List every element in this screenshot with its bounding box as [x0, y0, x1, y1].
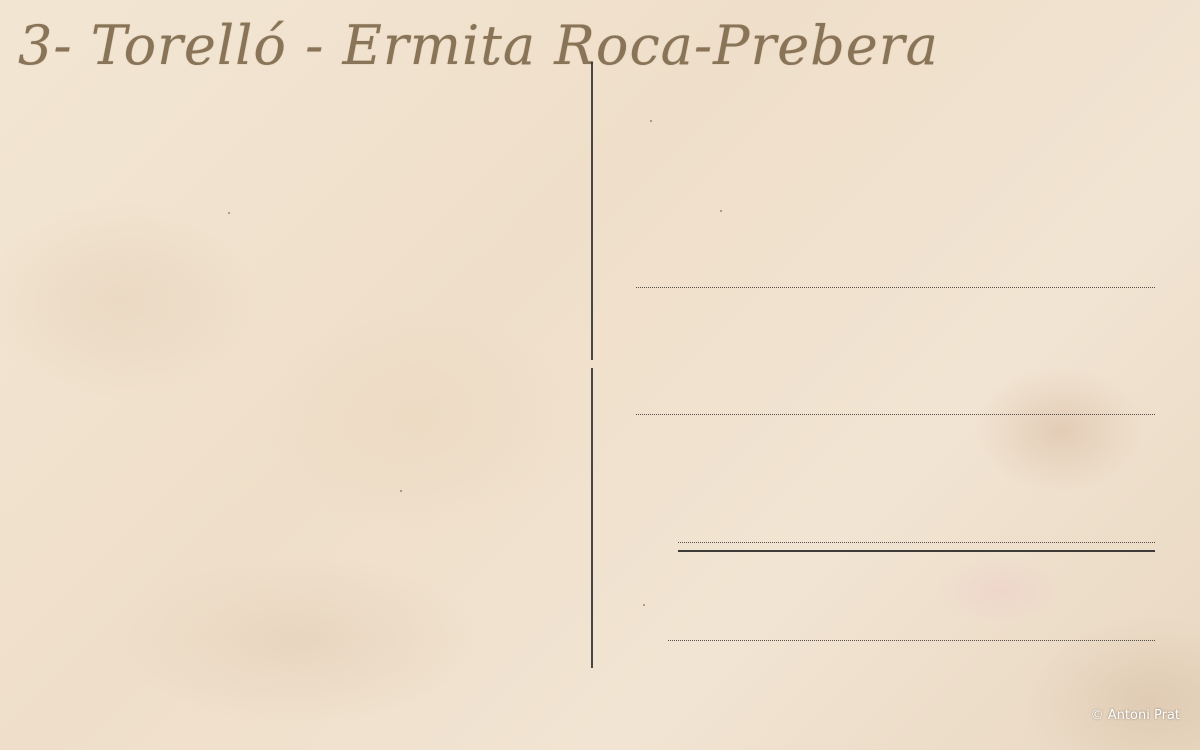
address-underline — [678, 550, 1155, 552]
paper-speck — [400, 490, 402, 492]
address-line-4 — [668, 640, 1155, 641]
handwritten-caption: 3- Torelló - Ermita Roca-Prebera — [18, 6, 1188, 86]
paper-speck — [643, 604, 645, 606]
address-line-1 — [636, 287, 1155, 288]
center-divider-lower — [591, 368, 593, 668]
copyright-watermark: © Antoni Prat — [1091, 708, 1180, 723]
postcard-back: 3- Torelló - Ermita Roca-Prebera © Anton… — [0, 0, 1200, 750]
address-line-2 — [636, 414, 1155, 415]
paper-speck — [650, 120, 652, 122]
paper-speck — [228, 212, 230, 214]
paper-speck — [720, 210, 722, 212]
address-line-3 — [678, 542, 1155, 543]
center-divider-upper — [591, 62, 593, 360]
